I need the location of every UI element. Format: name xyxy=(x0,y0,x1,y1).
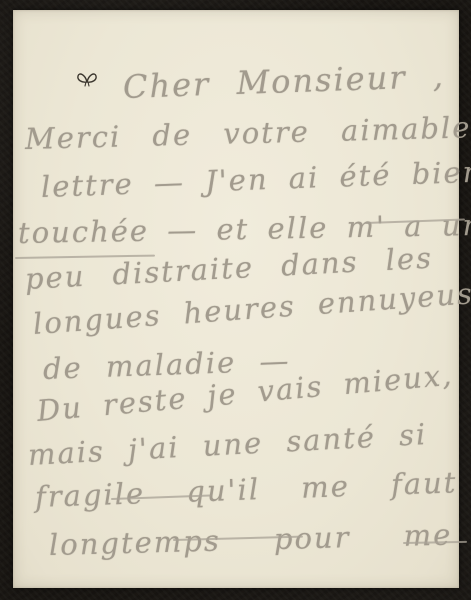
handwriting-line: longtemps pour me xyxy=(49,517,453,562)
handwriting-line: lettre — J'en ai été bien xyxy=(40,155,471,204)
handwriting-line: Cher Monsieur , xyxy=(122,57,445,106)
letter-paper: Cher Monsieur , Merci de votre aimable l… xyxy=(13,10,459,588)
handwriting-line: fragile qu'il me faut xyxy=(34,465,458,514)
handwriting-line: mais j'ai une santé si xyxy=(27,417,428,472)
butterfly-monogram-icon xyxy=(76,70,98,88)
handwriting-line: Merci de votre aimable xyxy=(25,110,471,156)
photograph-of-letter: Cher Monsieur , Merci de votre aimable l… xyxy=(0,0,471,600)
